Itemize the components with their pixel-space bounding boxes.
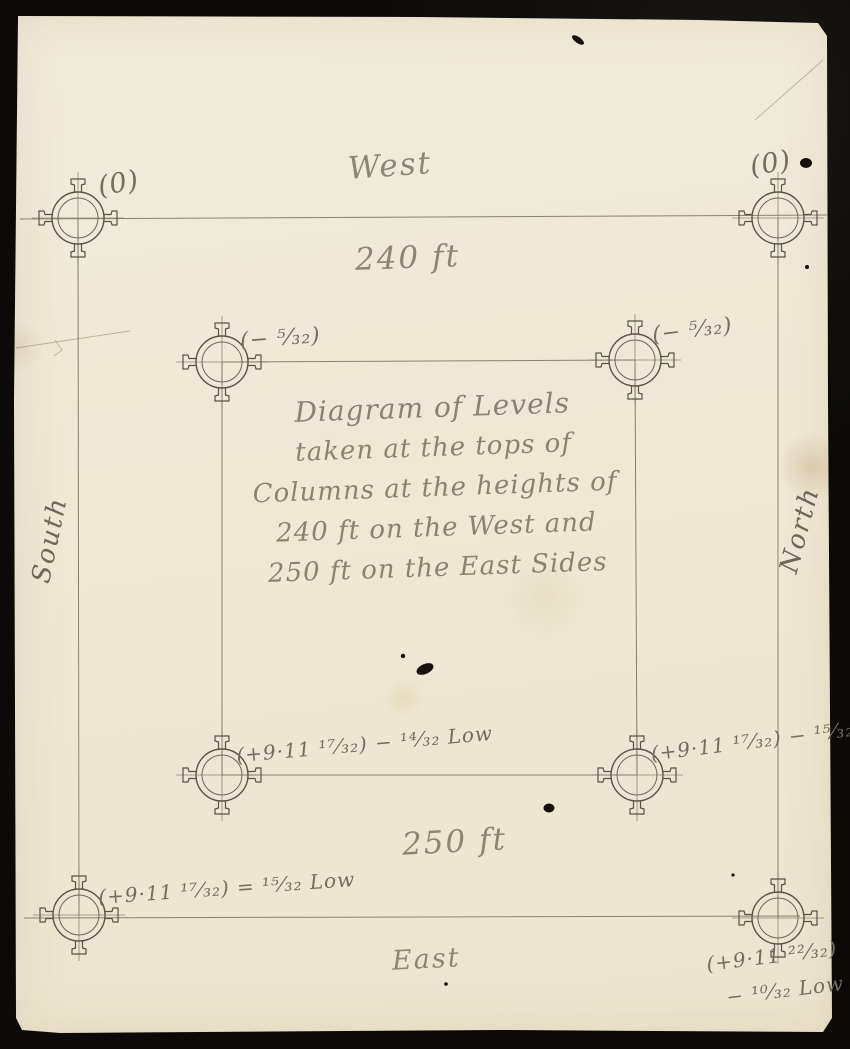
side-label-west: West [347, 145, 433, 187]
inner-line-west [222, 360, 635, 362]
outer-line-east [24, 916, 800, 918]
ink-blot [544, 804, 555, 813]
ink-blot [571, 34, 586, 47]
ink-dot [805, 265, 809, 269]
ink-blot [415, 661, 436, 678]
crease-mark-corner [755, 60, 823, 120]
ink-dot [731, 873, 734, 876]
span-label-west: 240 ft [354, 238, 460, 278]
column-marker-outer-bottom-left [33, 869, 125, 961]
crease-mark [16, 331, 130, 348]
outer-line-west [20, 215, 827, 219]
scan-stage: West 240 ft (0) (0) (− ⁵⁄₃₂) (− ⁵⁄₃₂) Di… [0, 0, 850, 1049]
outer-line-south [78, 218, 79, 915]
side-label-east: East [391, 942, 461, 977]
column-marker-outer-top-right [732, 172, 824, 264]
title-block: Diagram of Levels taken at the tops of C… [212, 380, 659, 595]
ink-dot [401, 654, 405, 658]
span-label-east: 250 ft [401, 821, 508, 862]
ink-blot [800, 158, 812, 168]
ink-dot [444, 982, 448, 986]
